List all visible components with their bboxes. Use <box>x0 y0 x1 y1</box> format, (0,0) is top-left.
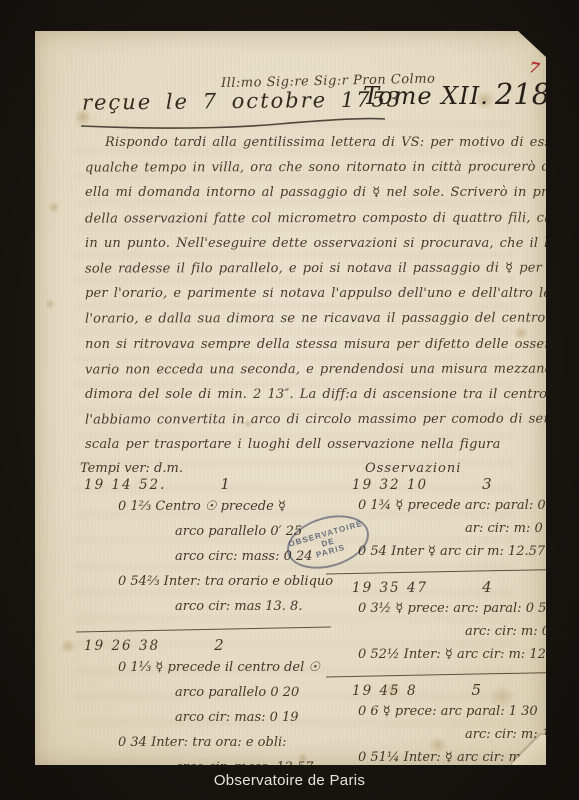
observation-time: 19 32 10 <box>352 477 428 493</box>
observation-header: 19 35 474 <box>352 578 579 597</box>
observation-row: 0 52½ Inter: ☿ arc cir: m: 12 33 <box>358 643 579 666</box>
observation-time: 19 45 8 <box>352 683 418 699</box>
caption: Observatoire de Paris <box>0 772 579 789</box>
observation-row: arco parallelo 0 20 <box>175 680 330 705</box>
tome-label: Tome XII. <box>363 82 489 110</box>
letter-line: qualche tempo in villa, ora che sono rit… <box>85 155 577 181</box>
observation-time: 19 35 47 <box>352 580 428 596</box>
letter-line: l'abbiamo convertita in arco di circolo … <box>85 407 577 433</box>
letter-line: non si ritrovava sempre della stessa mis… <box>85 332 577 357</box>
foxing-spot <box>45 299 55 309</box>
ink-divider <box>326 672 579 678</box>
observation-header: 19 32 103 <box>352 475 579 494</box>
ink-divider <box>326 569 579 575</box>
observation-header: 19 26 382 <box>84 636 330 655</box>
times-column-header: Tempi ver: d.m. <box>80 461 183 476</box>
letter-line: l'orario, e dalla sua dimora se ne ricav… <box>85 306 577 332</box>
observation-row: arco cir: mas 13. 8. <box>175 594 330 619</box>
observation-time: 19 14 52. <box>84 477 166 493</box>
observations-left-column: 19 14 52.10 1⅔ Centro ☉ precede ☿arco pa… <box>80 475 330 780</box>
received-date-note: reçue le 7 octobre 1753 <box>82 87 402 114</box>
observation-row: ar: cir: m: 0 26 <box>465 517 579 540</box>
observation-row: 0 1⅔ Centro ☉ precede ☿ <box>118 494 330 519</box>
letter-line: ella mi domanda intorno al passaggio di … <box>85 180 577 205</box>
observation-row: 0 54⅔ Inter: tra orario e obliquo <box>118 569 330 594</box>
letter-body: Rispondo tardi alla gentilissima lettera… <box>85 130 577 458</box>
folio-number: 218′ <box>495 77 557 111</box>
observation-row: arco cir: mas: 0 19 <box>175 705 330 730</box>
observation-2: 19 26 3820 1⅓ ☿ precede il centro del ☉a… <box>80 629 330 780</box>
tome-folio-mark: Tome XII.218′ <box>363 77 557 111</box>
photo-viewer: Ill:mo Sig:re Sig:r Pron Colmo reçue le … <box>0 0 579 800</box>
observation-number: 5 <box>472 681 482 699</box>
stamp-line: PARIS <box>315 542 346 559</box>
ink-divider <box>76 627 331 633</box>
letter-line: in un punto. Nell'eseguire dette osserva… <box>85 231 577 256</box>
observations-right-column: 19 32 1030 1¾ ☿ precede arc: paral: 0′ 2… <box>330 475 579 769</box>
letter-line: scala per trasportare i luoghi dell osse… <box>85 432 577 457</box>
observation-row: 0 1⅓ ☿ precede il centro del ☉ <box>118 655 330 680</box>
observation-row: 0 3½ ☿ prece: arc: paral: 0 53 <box>358 597 579 620</box>
letter-line: dimora del sole di min. 2 13″. La diff:a… <box>85 382 577 407</box>
observation-3: 19 32 1030 1¾ ☿ precede arc: paral: 0′ 2… <box>330 475 579 563</box>
letter-line: della osservazioni fatte col micrometro … <box>85 205 577 231</box>
observation-row: 0 6 ☿ prece: arc paral: 1 30 <box>358 700 579 723</box>
observation-time: 19 26 38 <box>84 638 160 654</box>
observation-row: 0 54 Inter ☿ arc cir m: 12.57. <box>358 540 579 563</box>
observation-header: 19 45 85 <box>352 681 579 700</box>
letter-line: vario non ecceda una seconda, e prendend… <box>85 356 577 382</box>
observation-number: 2 <box>214 636 224 654</box>
observation-number: 1 <box>220 475 230 493</box>
observation-row: 0 34 Inter: tra ora: e obli: <box>118 730 330 755</box>
foxing-spot <box>47 201 61 213</box>
observation-header: 19 14 52.1 <box>84 475 330 494</box>
observation-number: 4 <box>482 578 492 596</box>
letter-line: sole radesse il filo parallelo, e poi si… <box>85 256 577 282</box>
red-folio-mark: 7 <box>527 58 541 78</box>
observation-row: arc: cir: m: 0 51 <box>465 620 579 643</box>
letter-line: per l'orario, e parimente si notava l'ap… <box>85 281 577 306</box>
observation-4: 19 35 4740 3½ ☿ prece: arc: paral: 0 53a… <box>330 571 579 666</box>
letter-line: Rispondo tardi alla gentilissima lettera… <box>85 130 577 155</box>
underline-flourish <box>79 115 389 131</box>
observation-row: 0 1¾ ☿ precede arc: paral: 0′ 27″ <box>358 494 579 517</box>
page-corner-fold <box>512 735 546 765</box>
manuscript-page: Ill:mo Sig:re Sig:r Pron Colmo reçue le … <box>35 31 546 765</box>
observations-column-header: Osservazioni <box>365 461 461 476</box>
observation-number: 3 <box>482 475 492 493</box>
foxing-spot <box>59 639 77 653</box>
